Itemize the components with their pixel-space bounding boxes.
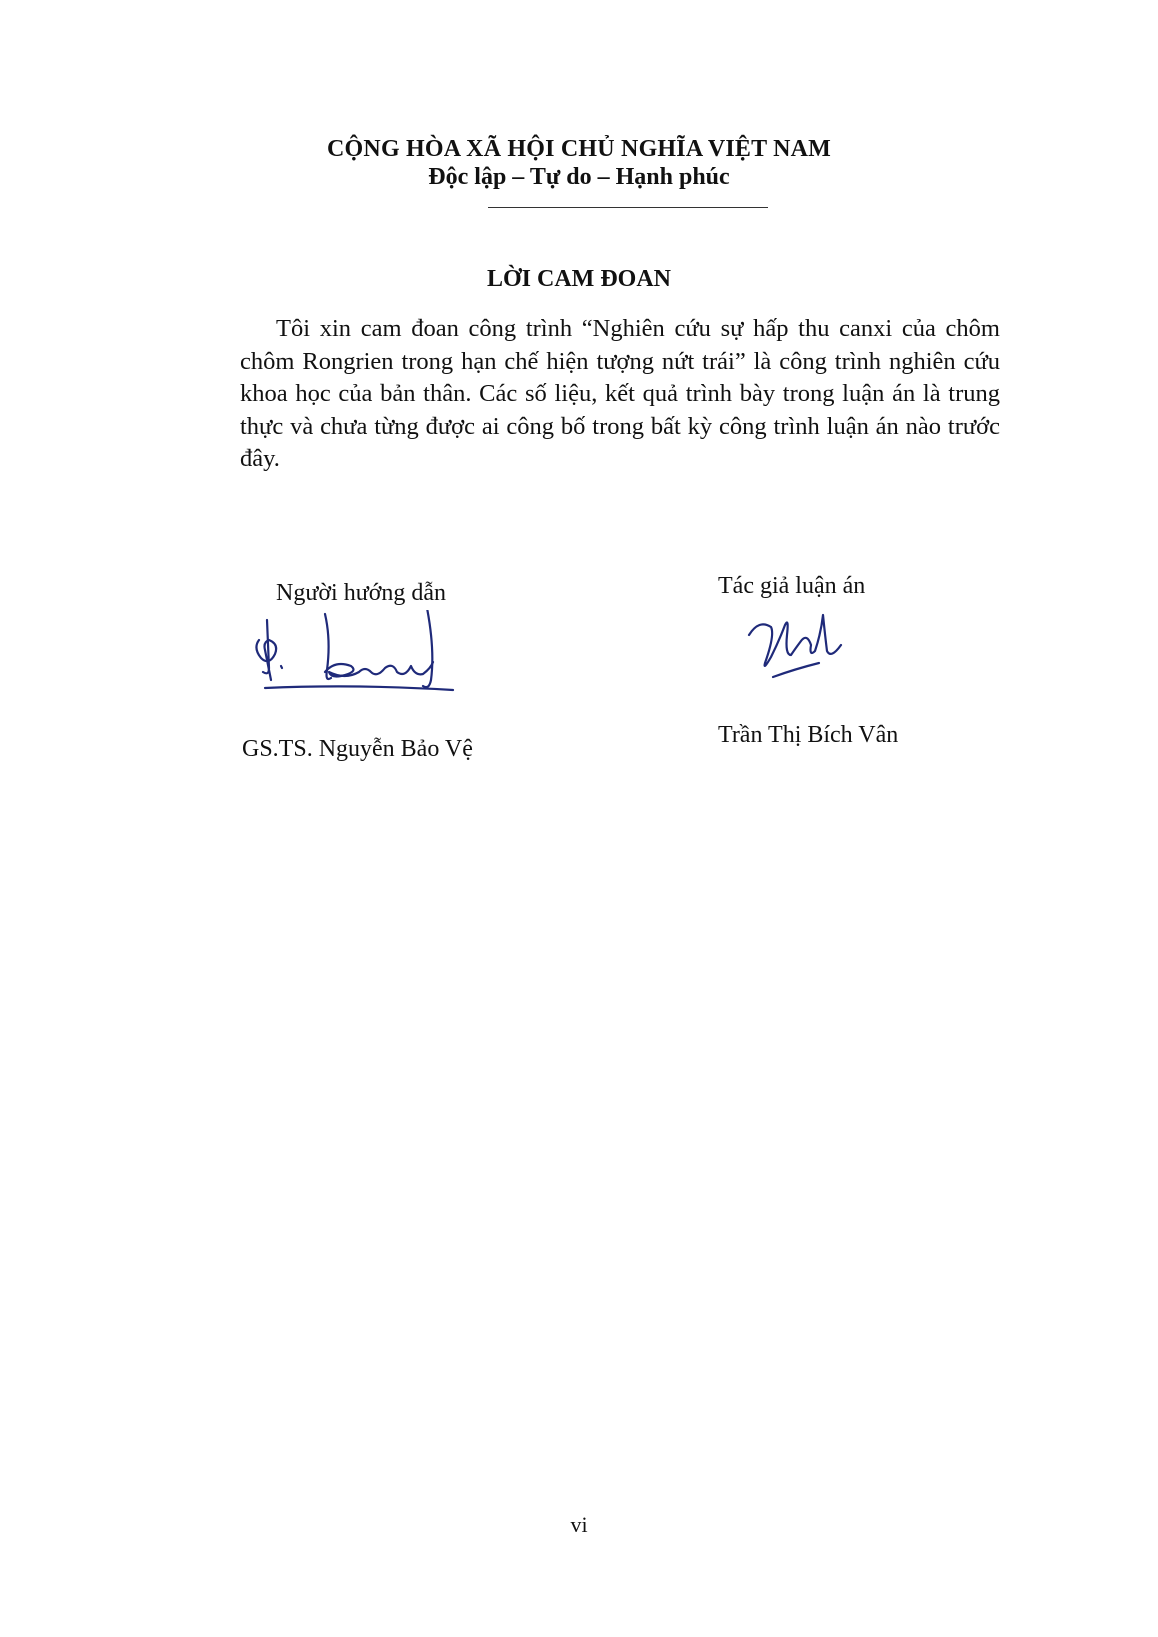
page-title: LỜI CAM ĐOAN bbox=[0, 266, 1158, 293]
motto-heading: Độc lập – Tự do – Hạnh phúc bbox=[0, 164, 1158, 191]
author-label: Tác giả luận án bbox=[718, 573, 865, 600]
author-name: Trần Thị Bích Vân bbox=[718, 722, 898, 749]
advisor-label: Người hướng dẫn bbox=[276, 580, 446, 607]
nation-heading: CỘNG HÒA XÃ HỘI CHỦ NGHĨA VIỆT NAM bbox=[0, 136, 1158, 163]
declaration-paragraph: Tôi xin cam đoan công trình “Nghiên cứu … bbox=[240, 313, 1000, 476]
advisor-signature-icon bbox=[255, 610, 485, 720]
advisor-name: GS.TS. Nguyễn Bảo Vệ bbox=[242, 736, 473, 763]
author-signature-icon bbox=[745, 605, 855, 685]
document-page: CỘNG HÒA XÃ HỘI CHỦ NGHĨA VIỆT NAM Độc l… bbox=[0, 0, 1158, 1637]
header-divider bbox=[488, 207, 768, 208]
page-number: vi bbox=[0, 1512, 1158, 1538]
